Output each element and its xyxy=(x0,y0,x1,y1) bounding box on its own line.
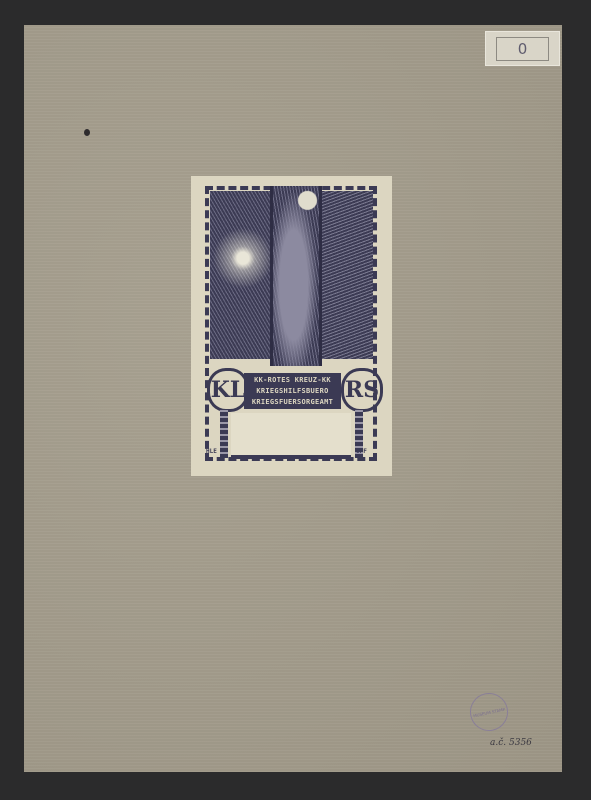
catalog-label: 0 xyxy=(485,31,560,66)
title-line-1: KK-ROTES KREUZ-KK xyxy=(247,375,338,386)
museum-stamp: MUSEUM STAMP xyxy=(466,689,511,734)
title-line-2: KRIEGSHILFSBUERO xyxy=(247,386,338,397)
print-title-block: KK-ROTES KREUZ-KK KRIEGSHILFSBUERO KRIEG… xyxy=(244,373,341,409)
scene-right-soldiers-image xyxy=(316,191,373,359)
title-line-3: KRIEGSFUERSORGEAMT xyxy=(247,397,338,408)
chain-ornament-left xyxy=(220,410,228,458)
corner-text-left: HLE xyxy=(206,448,217,455)
monogram-right: RS xyxy=(341,368,383,412)
owner-name-blank-field xyxy=(231,413,351,459)
monogram-left: KL xyxy=(207,368,249,412)
corner-text-right: OFF xyxy=(356,448,367,455)
paper-blemish xyxy=(84,129,90,136)
museum-stamp-text: MUSEUM STAMP xyxy=(473,706,506,718)
ex-libris-print: KL RS KK-ROTES KREUZ-KK KRIEGSHILFSBUERO… xyxy=(191,176,392,476)
catalog-label-number: 0 xyxy=(496,37,549,61)
inventory-number: a.č. 5356 xyxy=(490,738,532,748)
scene-center-figure-image xyxy=(270,186,322,366)
archive-paper-sheet: 0 KL RS KK-ROTES KREUZ-KK KRIEGSHILFSBUE… xyxy=(24,25,562,772)
scene-left-explosion-image xyxy=(210,191,270,359)
